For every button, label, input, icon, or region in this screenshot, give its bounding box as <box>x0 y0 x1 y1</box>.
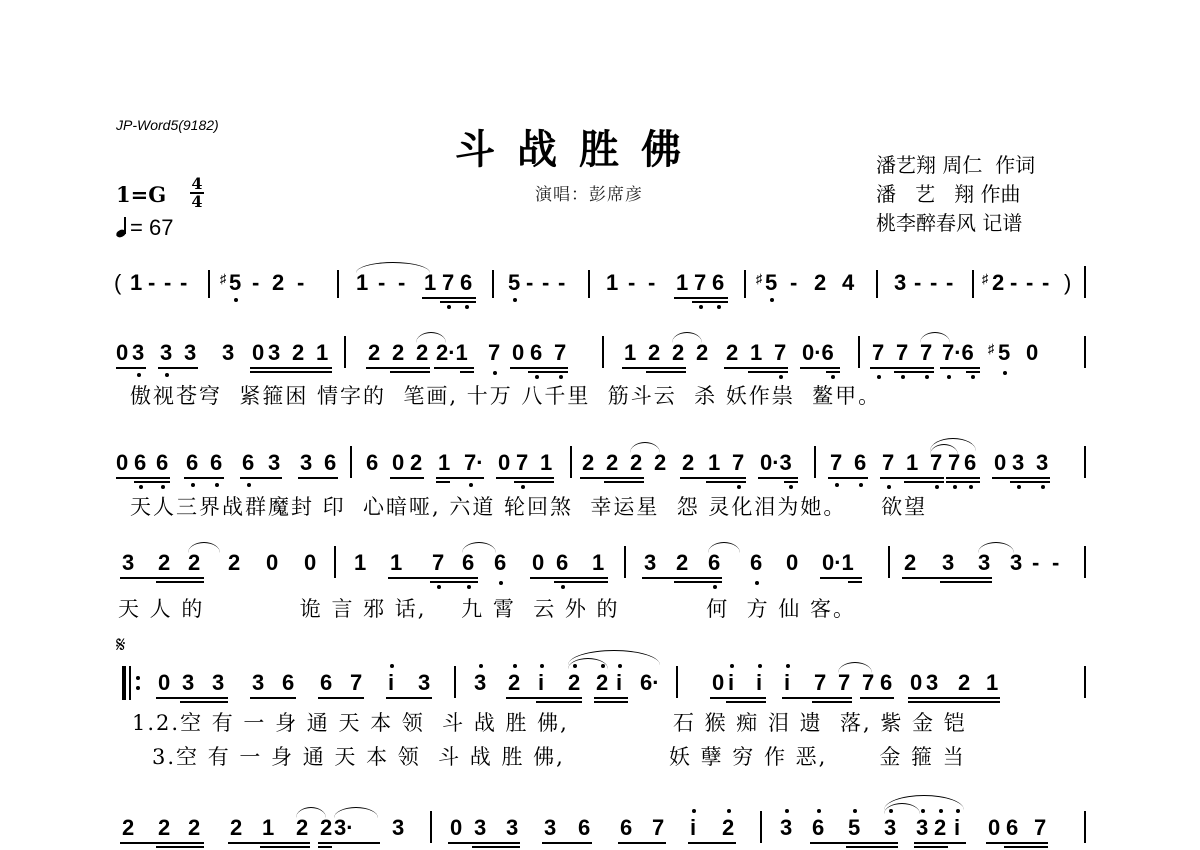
staff-line-5: 033 36 67 i 3 3 2 i 2 2 i 6· 0i i i 77 7… <box>112 670 1092 710</box>
lyric-line-5-verse-3: 3.空 有 一 身 通 天 本 领 斗 战 胜 佛, 妖 孽 穷 作 恶, 金 … <box>152 741 966 771</box>
singer-credit: 演唱：彭席彦 <box>535 180 643 205</box>
lyric-line-2: 傲视苍穹 紧箍困 情字的 笔画, 十万 八千里 筋斗云 杀 妖作祟 鳌甲。 <box>130 380 881 410</box>
tempo-value: = 67 <box>130 215 173 240</box>
key-signature: 1=G <box>116 182 166 207</box>
staff-line-3: 066 66 63 36 6 02 17· 071 222 2 217 0·3 … <box>112 450 1092 490</box>
time-signature: 4 4 <box>190 176 204 210</box>
credits-block: 潘艺翔 周仁 作词 潘 艺 翔 作曲 桃李醉春风 记谱 <box>876 151 1035 238</box>
time-signature-top: 4 <box>190 176 204 192</box>
time-signature-bottom: 4 <box>190 194 204 210</box>
lyric-line-5-verse-1-2: 1.2.空 有 一 身 通 天 本 领 斗 战 胜 佛, 石 猴 痴 泪 遗 落… <box>132 707 967 737</box>
lyric-line-4: 天 人 的 诡 言 邪 话, 九 霄 云 外 的 何 方 仙 客。 <box>118 593 856 623</box>
quarter-note-icon <box>116 216 130 238</box>
song-title: 斗战胜佛 <box>455 118 703 175</box>
transcriber-credit: 桃李醉春风 记谱 <box>876 209 1035 238</box>
staff-line-6: 222 212 2 3· 3 033 36 67 i 2 3 6 5 3 3 2… <box>112 815 1092 850</box>
lyricist-credit: 潘艺翔 周仁 作词 <box>876 151 1035 180</box>
staff-line-4: 322 2 0 0 1 176 6 061 326 6 0 0·1 233 3 … <box>112 550 1092 590</box>
tempo-marking: = 67 <box>116 215 173 241</box>
segno-icon: 𝄋 <box>116 633 125 658</box>
software-label: JP-Word5(9182) <box>116 117 219 133</box>
composer-credit: 潘 艺 翔 作曲 <box>876 180 1035 209</box>
lyric-line-3: 天人三界战群魔封 印 心暗哑, 六道 轮回煞 幸运星 怨 灵化泪为她。 欲望 <box>130 491 927 521</box>
staff-line-2: 03 33 3 0321 222 2·1 7 067 122 2 217 0·6… <box>112 340 1092 380</box>
staff-line-intro: ( 1 --- ♯ 5 - 2 - 1 -- 176 5 --- 1 -- 17… <box>112 270 1092 310</box>
